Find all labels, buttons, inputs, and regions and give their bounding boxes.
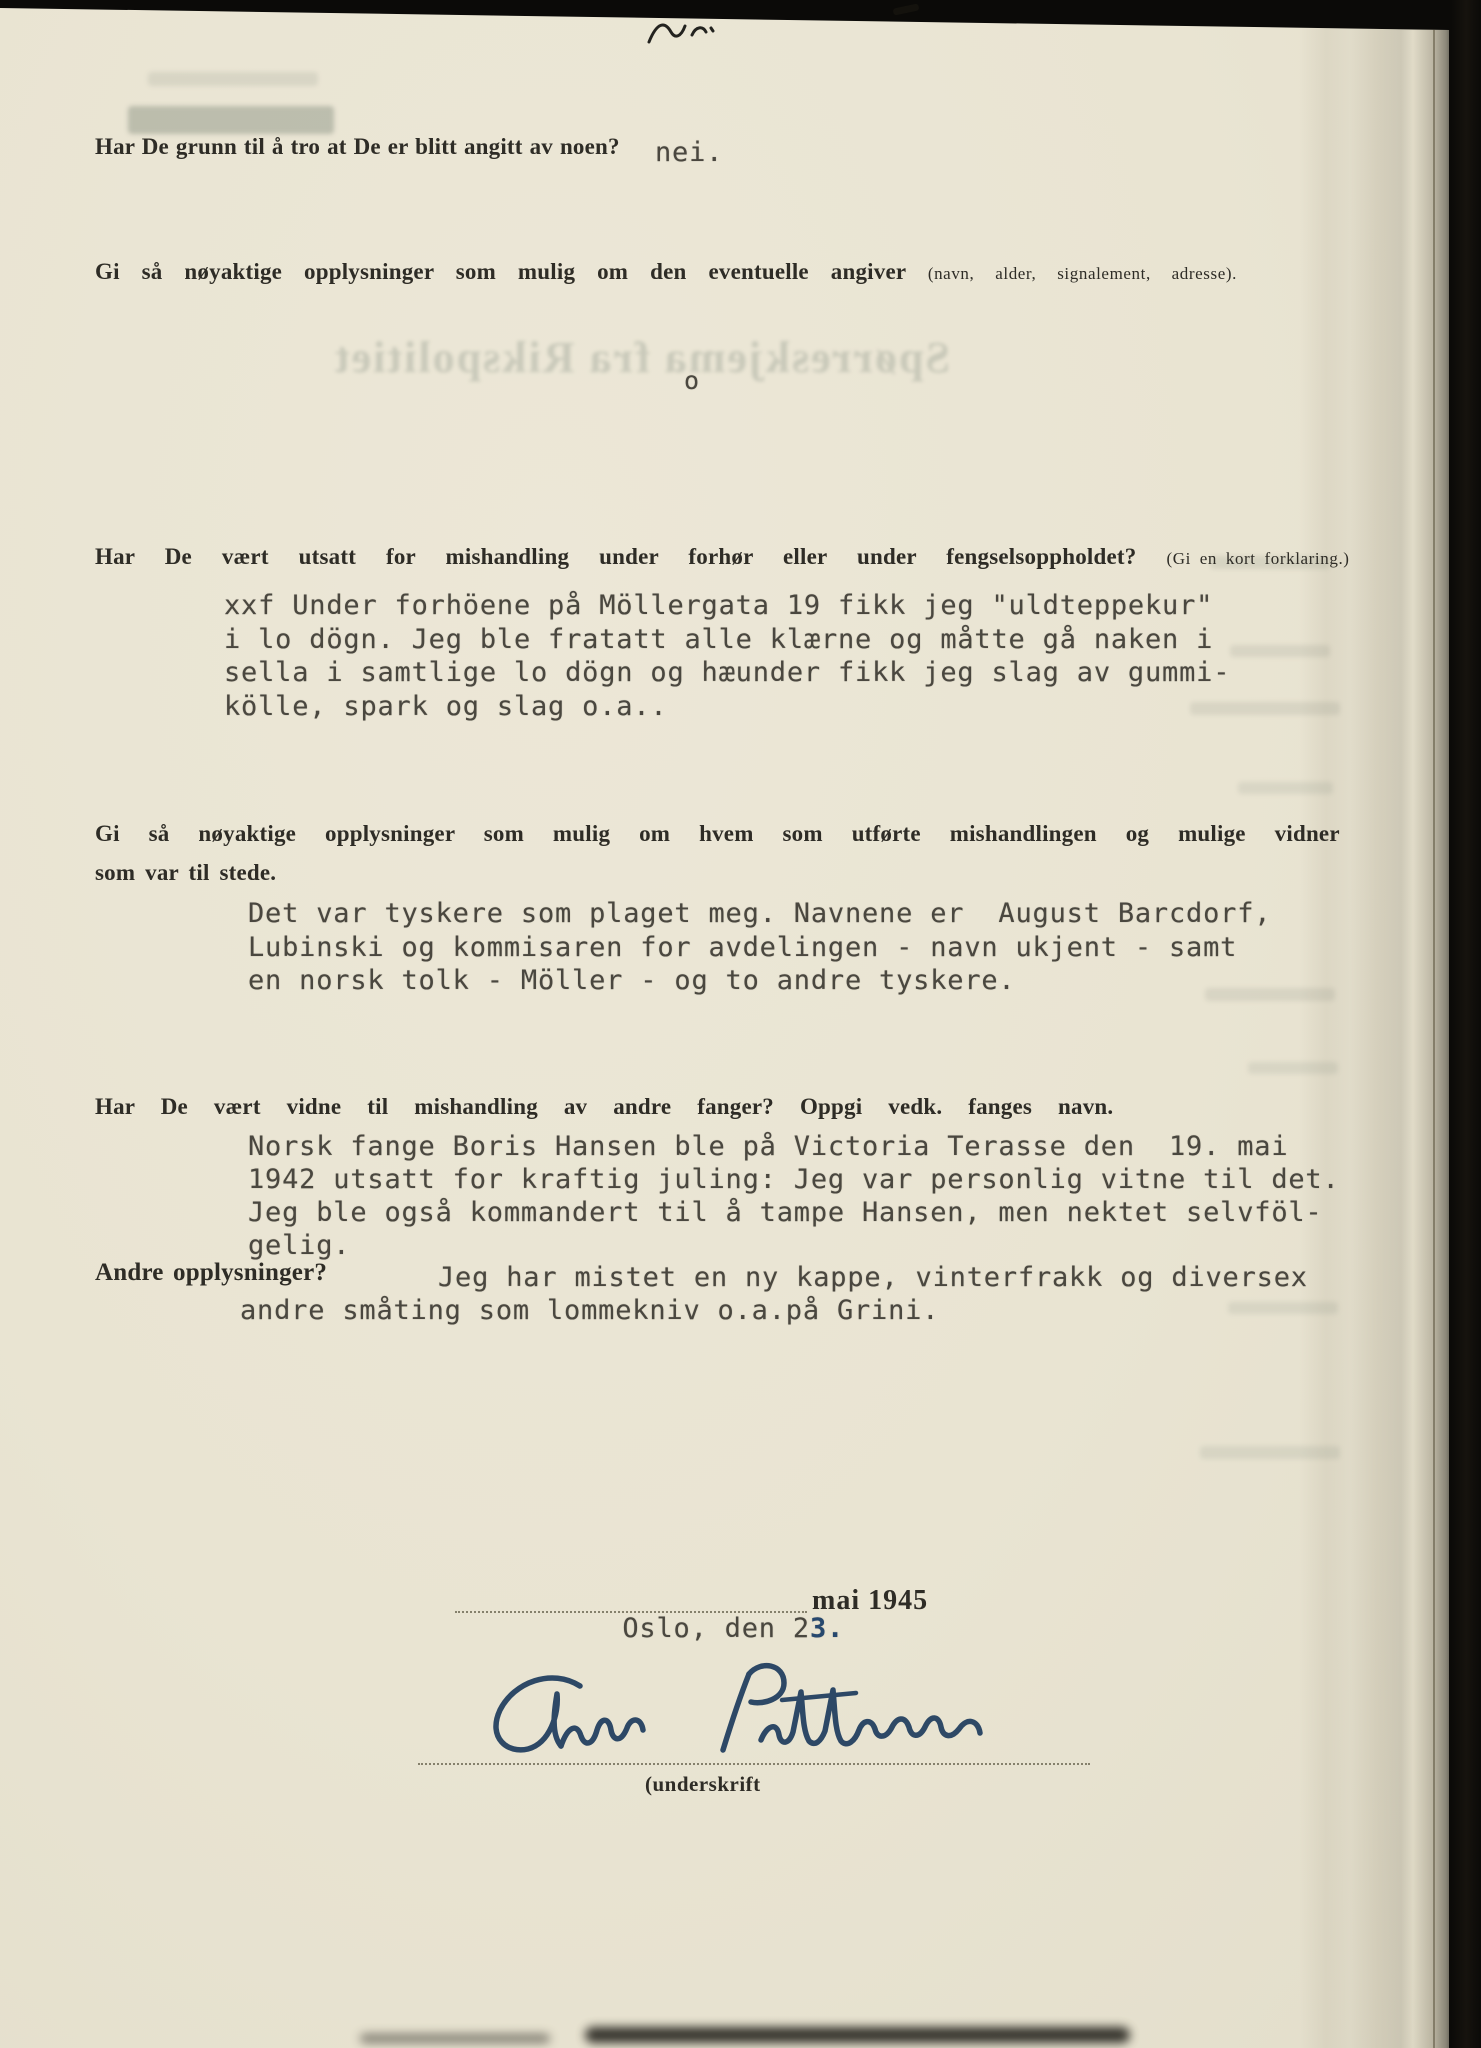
bleed-through-title: Spørreskjema fra Rikspolitiet	[290, 332, 950, 383]
question-mishandling-text: Har De vært utsatt for mishandling under…	[95, 544, 1136, 569]
scan-speck	[893, 3, 920, 15]
question-vidne-label: Har De vært vidne til mishandling av and…	[95, 1094, 1113, 1120]
page-content: Spørreskjema fra Rikspolitiet Har De gru…	[0, 0, 1481, 2048]
typed-line: i lo dögn. Jeg ble fratatt alle klærne o…	[224, 623, 1230, 657]
date-dotted-line	[455, 1609, 807, 1613]
typed-line: Lubinski og kommisaren for avdelingen - …	[248, 931, 1271, 965]
question-andre-label: Andre opplysninger?	[95, 1259, 327, 1287]
bleed-mark	[128, 106, 334, 134]
bleed-mark	[1200, 1446, 1340, 1459]
typed-line: xxf Under forhöene på Möllergata 19 fikk…	[224, 589, 1230, 623]
typed-line: gelig.	[248, 1229, 1340, 1262]
signature-handwriting	[430, 1652, 1010, 1767]
typed-line: Norsk fange Boris Hansen ble på Victoria…	[248, 1130, 1340, 1163]
date-ink-digit: 3.	[810, 1613, 844, 1644]
answer-vidne-typed: Norsk fange Boris Hansen ble på Victoria…	[248, 1130, 1340, 1262]
question-angiver-hint: (navn, alder, signalement, adresse).	[928, 264, 1237, 283]
typed-line: kölle, spark og slag o.a..	[224, 690, 1230, 724]
typed-line: 1942 utsatt for kraftig juling: Jeg var …	[248, 1163, 1340, 1196]
signature-caption: (underskrift	[645, 1772, 761, 1797]
date-typed-city: Oslo, den 2	[622, 1613, 810, 1644]
question-angiver-label: Gi så nøyaktige opplysninger som mulig o…	[95, 259, 1237, 285]
question-utforte-label-line2: som var til stede.	[95, 860, 276, 886]
question-mishandling-label: Har De vært utsatt for mishandling under…	[95, 544, 1350, 570]
question-mishandling-hint: (Gi en kort forklaring.)	[1166, 549, 1349, 568]
answer-utforte-typed: Det var tyskere som plaget meg. Navnene …	[248, 897, 1271, 998]
typed-line: sella i samtlige lo dögn og hæunder fikk…	[224, 656, 1230, 690]
answer-andre-typed-line2: andre småting som lommekniv o.a.på Grini…	[240, 1294, 939, 1328]
question-utforte-label-line1: Gi så nøyaktige opplysninger som mulig o…	[95, 821, 1340, 847]
bleed-mark	[1248, 1062, 1338, 1074]
handwritten-scribble-mark	[645, 18, 715, 48]
scan-smudge	[585, 2027, 1130, 2043]
typed-line: en norsk tolk - Möller - og to andre tys…	[248, 964, 1271, 998]
signature-dotted-line	[418, 1761, 1090, 1765]
bleed-mark	[1238, 782, 1333, 794]
question-angiver-text: Gi så nøyaktige opplysninger som mulig o…	[95, 259, 906, 284]
stray-typed-character: o	[684, 364, 700, 398]
typed-line: Jeg ble også kommandert til å tampe Hans…	[248, 1196, 1340, 1229]
answer-angitt-typed: nei.	[655, 136, 723, 170]
bleed-mark	[1228, 1302, 1338, 1314]
question-angitt-label: Har De grunn til å tro at De er blitt an…	[95, 134, 620, 160]
scan-smudge	[360, 2034, 550, 2043]
bleed-mark	[148, 72, 318, 86]
bleed-mark	[1230, 645, 1330, 657]
scanned-document-page: Spørreskjema fra Rikspolitiet Har De gru…	[0, 0, 1481, 2048]
date-printed-month-year: mai 1945	[812, 1585, 928, 1617]
answer-andre-typed-line1: Jeg har mistet en ny kappe, vinterfrakk …	[438, 1261, 1308, 1295]
typed-line: Det var tyskere som plaget meg. Navnene …	[248, 897, 1271, 931]
answer-mishandling-typed: xxf Under forhöene på Möllergata 19 fikk…	[224, 589, 1230, 723]
